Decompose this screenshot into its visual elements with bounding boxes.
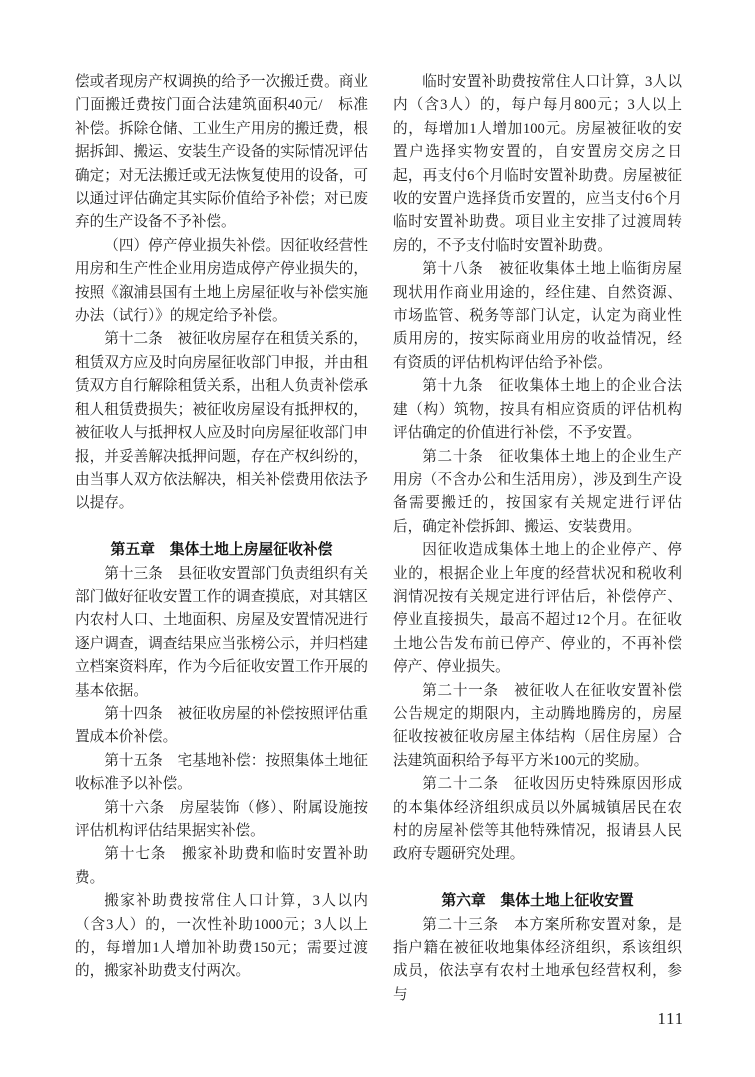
article-22-paragraph: 第二十二条 征收因历史特殊原因形成的本集体经济组织成员以外属城镇居民在农村的房屋… — [393, 773, 682, 867]
article-19-paragraph: 第十九条 征收集体土地上的企业合法建（构）筑物，按具有相应资质的评估机构评估确定… — [393, 375, 682, 445]
document-page: 偿或者现房产权调换的给予一次搬迁费。商业门面搬迁费按门面合法建筑面积40元/ 标… — [0, 0, 755, 1077]
body-paragraph: 因征收造成集体土地上的企业停产、停业的，根据企业上年度的经营状况和税收利润情况按… — [393, 539, 682, 679]
article-18-paragraph: 第十八条 被征收集体土地上临街房屋现状用作商业用途的，经住建、自然资源、市场监管… — [393, 258, 682, 375]
body-paragraph: 偿或者现房产权调换的给予一次搬迁费。商业门面搬迁费按门面合法建筑面积40元/ 标… — [75, 71, 368, 235]
article-17-paragraph: 第十七条 搬家补助费和临时安置补助费。 — [75, 843, 368, 890]
article-12-paragraph: 第十二条 被征收房屋存在租赁关系的，租赁双方应及时向房屋征收部门申报，并由租赁双… — [75, 328, 368, 515]
article-15-paragraph: 第十五条 宅基地补偿：按照集体土地征收标准予以补偿。 — [75, 750, 368, 797]
chapter-5-heading: 第五章 集体土地上房屋征收补偿 — [75, 539, 368, 562]
chapter-6-heading: 第六章 集体土地上征收安置 — [393, 890, 682, 913]
article-23-paragraph: 第二十三条 本方案所称安置对象，是指户籍在被征收地集体经济组织，系该组织成员，依… — [393, 914, 682, 1008]
right-text-column: 临时安置补助费按常住人口计算，3人以内（含3人）的，每户每月800元；3人以上的… — [393, 71, 682, 1007]
body-paragraph: 搬家补助费按常住人口计算，3人以内（含3人）的，一次性补助1000元；3人以上的… — [75, 890, 368, 984]
two-column-layout: 偿或者现房产权调换的给予一次搬迁费。商业门面搬迁费按门面合法建筑面积40元/ 标… — [75, 71, 686, 1007]
page-number: 111 — [657, 1009, 684, 1029]
article-20-paragraph: 第二十条 征收集体土地上的企业生产用房（不含办公和生活用房），涉及到生产设备需要… — [393, 446, 682, 540]
article-14-paragraph: 第十四条 被征收房屋的补偿按照评估重置成本价补偿。 — [75, 703, 368, 750]
body-paragraph: 临时安置补助费按常住人口计算，3人以内（含3人）的，每户每月800元；3人以上的… — [393, 71, 682, 258]
article-13-paragraph: 第十三条 县征收安置部门负责组织有关部门做好征收安置工作的调查摸底，对其辖区内农… — [75, 563, 368, 703]
body-paragraph: （四）停产停业损失补偿。因征收经营性用房和生产性企业用房造成停产停业损失的，按照… — [75, 235, 368, 329]
article-16-paragraph: 第十六条 房屋装饰（修）、附属设施按评估机构评估结果据实补偿。 — [75, 797, 368, 844]
left-text-column: 偿或者现房产权调换的给予一次搬迁费。商业门面搬迁费按门面合法建筑面积40元/ 标… — [75, 71, 368, 984]
article-21-paragraph: 第二十一条 被征收人在征收安置补偿公告规定的期限内，主动腾地腾房的，房屋征收按被… — [393, 680, 682, 774]
